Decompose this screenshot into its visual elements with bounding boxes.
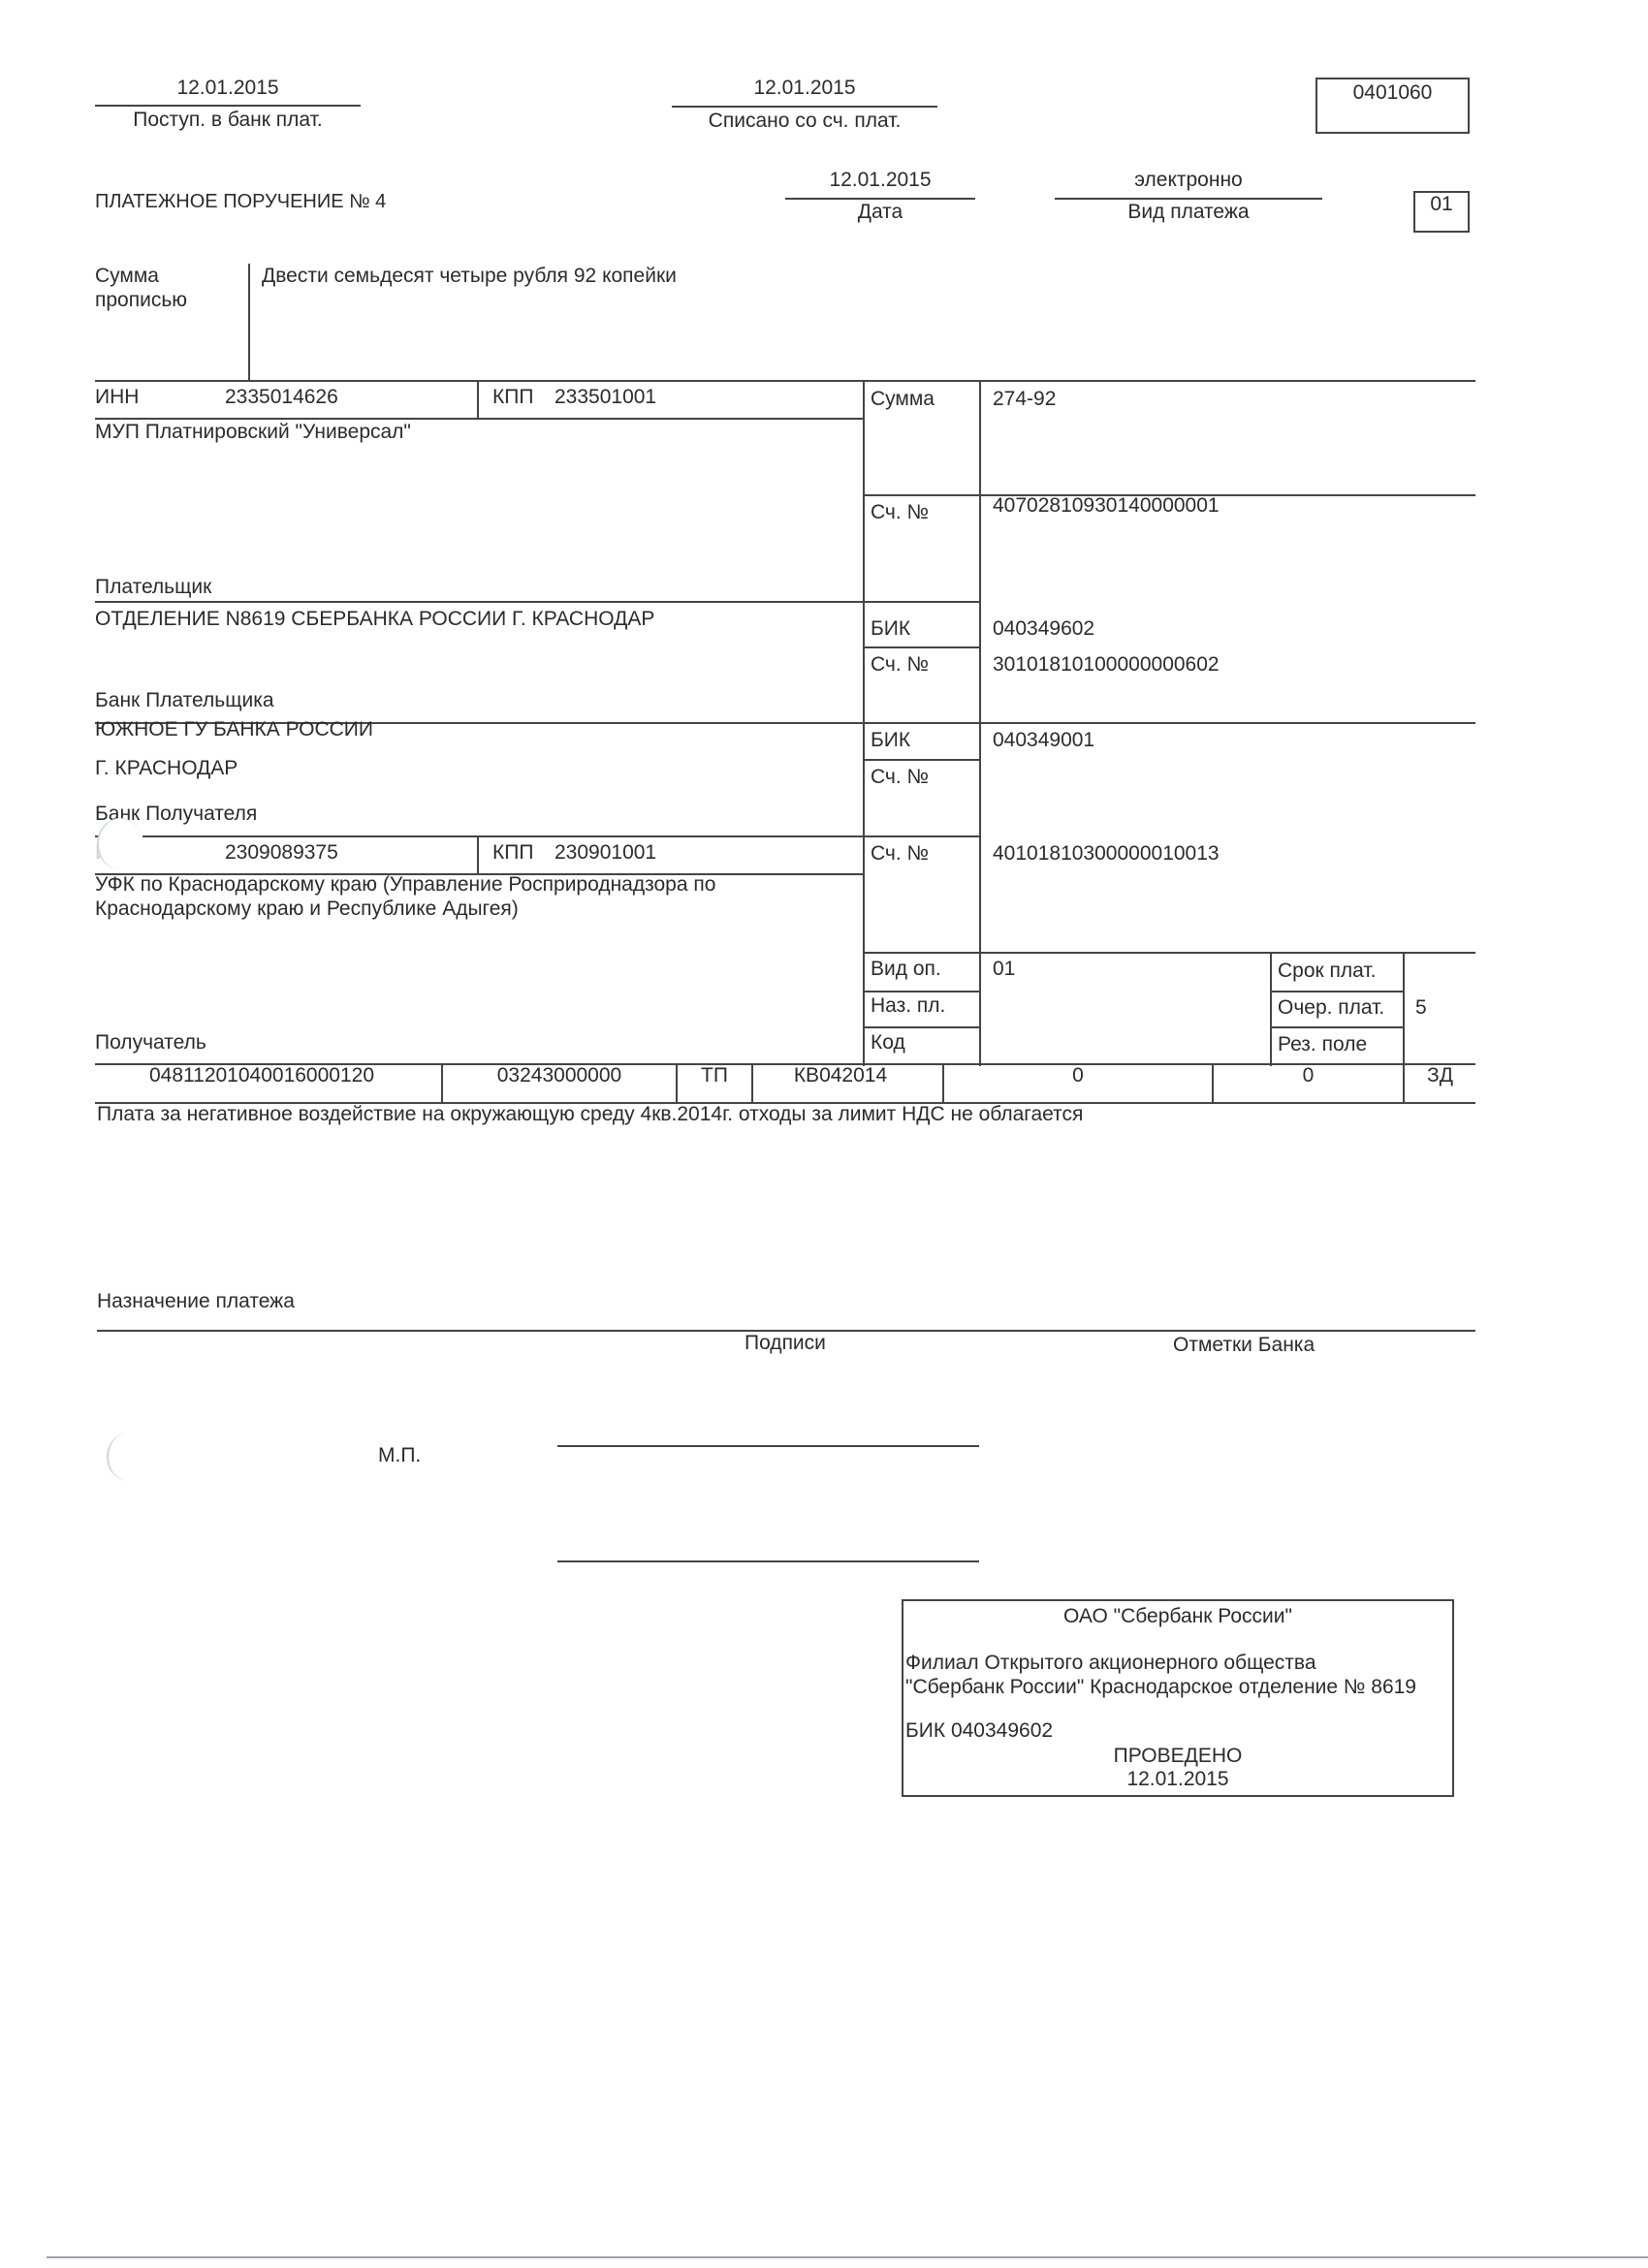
divider xyxy=(785,198,975,200)
recipient-kpp-label: КПП xyxy=(492,841,533,865)
scan-page-edge xyxy=(47,2256,1648,2258)
stamp-bik: БИК 040349602 xyxy=(905,1719,1053,1743)
signatures-label: Подписи xyxy=(745,1332,826,1355)
purpose-label: Назначение платежа xyxy=(97,1290,295,1313)
divider xyxy=(863,646,979,648)
divider xyxy=(863,1026,979,1028)
date-label: Дата xyxy=(785,201,975,224)
stamp-date: 12.01.2015 xyxy=(903,1768,1452,1791)
tax-basis: ТП xyxy=(678,1064,751,1087)
divider xyxy=(95,380,1475,382)
payer-inn: 2335014626 xyxy=(225,386,338,409)
payer-bank-bik-label: БИК xyxy=(871,617,910,641)
divider xyxy=(95,601,979,603)
payer-account: 40702810930140000001 xyxy=(993,494,1220,518)
payer-name: МУП Платнировский "Универсал" xyxy=(95,421,411,444)
divider xyxy=(1403,952,1405,1066)
amount-words-label-1: Сумма xyxy=(95,265,159,288)
divider xyxy=(1055,198,1322,200)
payer-kpp-label: КПП xyxy=(492,386,533,409)
recipient-name-1: УФК по Краснодарскому краю (Управление Р… xyxy=(95,873,715,897)
recipient-bank-name-1: ЮЖНОЕ ГУ БАНКА РОССИИ xyxy=(95,718,373,741)
bank-stamp: ОАО "Сбербанк России" Филиал Открытого а… xyxy=(902,1599,1454,1797)
form-code-box: 0401060 xyxy=(1315,78,1470,134)
payer-role-label: Плательщик xyxy=(95,576,211,599)
received-label: Поступ. в банк плат. xyxy=(95,109,361,132)
recipient-bank-bik-label: БИК xyxy=(871,729,910,752)
payer-kpp: 233501001 xyxy=(555,386,656,409)
op-type: 01 xyxy=(993,958,1015,981)
received-date: 12.01.2015 xyxy=(95,77,361,100)
divider xyxy=(863,991,979,992)
debited-date: 12.01.2015 xyxy=(672,77,937,100)
payer-bank-account-label: Сч. № xyxy=(871,653,929,677)
document-date: 12.01.2015 xyxy=(785,169,975,192)
stamp-branch-line-1: Филиал Открытого акционерного общества xyxy=(905,1652,1316,1675)
code-label: Код xyxy=(871,1031,905,1055)
op-type-label: Вид оп. xyxy=(871,958,941,981)
recipient-account-label: Сч. № xyxy=(871,842,929,866)
divider xyxy=(477,380,479,418)
tax-doc-number: 0 xyxy=(944,1064,1212,1087)
sum-label: Сумма xyxy=(871,388,935,411)
stamp-bank-name: ОАО "Сбербанк России" xyxy=(903,1605,1452,1628)
divider xyxy=(863,759,979,761)
divider xyxy=(477,835,479,873)
tax-kbk: 04811201040016000120 xyxy=(97,1064,427,1087)
payer-bank-account: 30101810100000000602 xyxy=(993,653,1220,677)
recipient-account: 40101810300000010013 xyxy=(993,842,1220,866)
divider xyxy=(95,105,361,107)
status-code: 01 xyxy=(1415,193,1468,216)
divider xyxy=(863,952,1475,954)
recipient-bank-bik: 040349001 xyxy=(993,729,1094,752)
priority-label: Очер. плат. xyxy=(1278,996,1384,1020)
bank-marks-label: Отметки Банка xyxy=(1173,1334,1315,1357)
recipient-name-2: Краснодарскому краю и Республике Адыгея) xyxy=(95,898,519,921)
reserve-label: Рез. поле xyxy=(1278,1033,1367,1056)
stamp-branch-line-2: "Сбербанк России" Краснодарское отделени… xyxy=(905,1676,1416,1699)
stamp-place-label: М.П. xyxy=(378,1444,421,1467)
priority: 5 xyxy=(1415,996,1427,1020)
payer-account-label: Сч. № xyxy=(871,501,929,524)
hole-punch-mark xyxy=(97,818,143,869)
tax-period: КВ042014 xyxy=(753,1064,928,1087)
signature-line-2 xyxy=(557,1560,979,1562)
signature-line-1 xyxy=(557,1445,979,1447)
tax-doc-date: 0 xyxy=(1214,1064,1403,1087)
payer-inn-label: ИНН xyxy=(95,386,139,409)
recipient-role-label: Получатель xyxy=(95,1031,206,1055)
payer-bank-role-label: Банк Плательщика xyxy=(95,689,274,712)
divider xyxy=(248,264,250,380)
payment-type-label: Вид платежа xyxy=(1055,201,1322,224)
document-title: ПЛАТЕЖНОЕ ПОРУЧЕНИЕ № 4 xyxy=(95,190,386,213)
purpose-code-label: Наз. пл. xyxy=(871,994,945,1018)
payer-bank-bik: 040349602 xyxy=(993,617,1094,641)
amount-words-value: Двести семьдесят четыре рубля 92 копейки xyxy=(262,265,677,288)
debited-label: Списано со сч. плат. xyxy=(672,110,937,133)
divider xyxy=(1270,952,1272,1066)
divider xyxy=(95,418,863,420)
stamp-status: ПРОВЕДЕНО xyxy=(903,1745,1452,1768)
status-code-box: 01 xyxy=(1413,191,1470,233)
recipient-inn: 2309089375 xyxy=(225,841,338,865)
payer-bank-name: ОТДЕЛЕНИЕ N8619 СБЕРБАНКА РОССИИ Г. КРАС… xyxy=(95,608,654,631)
payment-type-value: электронно xyxy=(1055,169,1322,192)
sum-value: 274-92 xyxy=(993,388,1056,411)
divider xyxy=(672,106,937,108)
divider xyxy=(1270,991,1403,992)
hole-punch-mark xyxy=(107,1433,151,1481)
amount-words-label-2: прописью xyxy=(95,289,187,312)
divider xyxy=(95,835,979,837)
form-code: 0401060 xyxy=(1317,81,1468,105)
recipient-kpp: 230901001 xyxy=(555,841,656,865)
tax-oktmo: 03243000000 xyxy=(443,1064,676,1087)
recipient-bank-account-label: Сч. № xyxy=(871,766,929,789)
divider xyxy=(1270,1026,1403,1028)
purpose-text: Плата за негативное воздействие на окруж… xyxy=(97,1103,1083,1126)
recipient-bank-name-2: Г. КРАСНОДАР xyxy=(95,757,238,780)
term-label: Срок плат. xyxy=(1278,960,1377,983)
tax-payment-type: ЗД xyxy=(1405,1064,1475,1087)
